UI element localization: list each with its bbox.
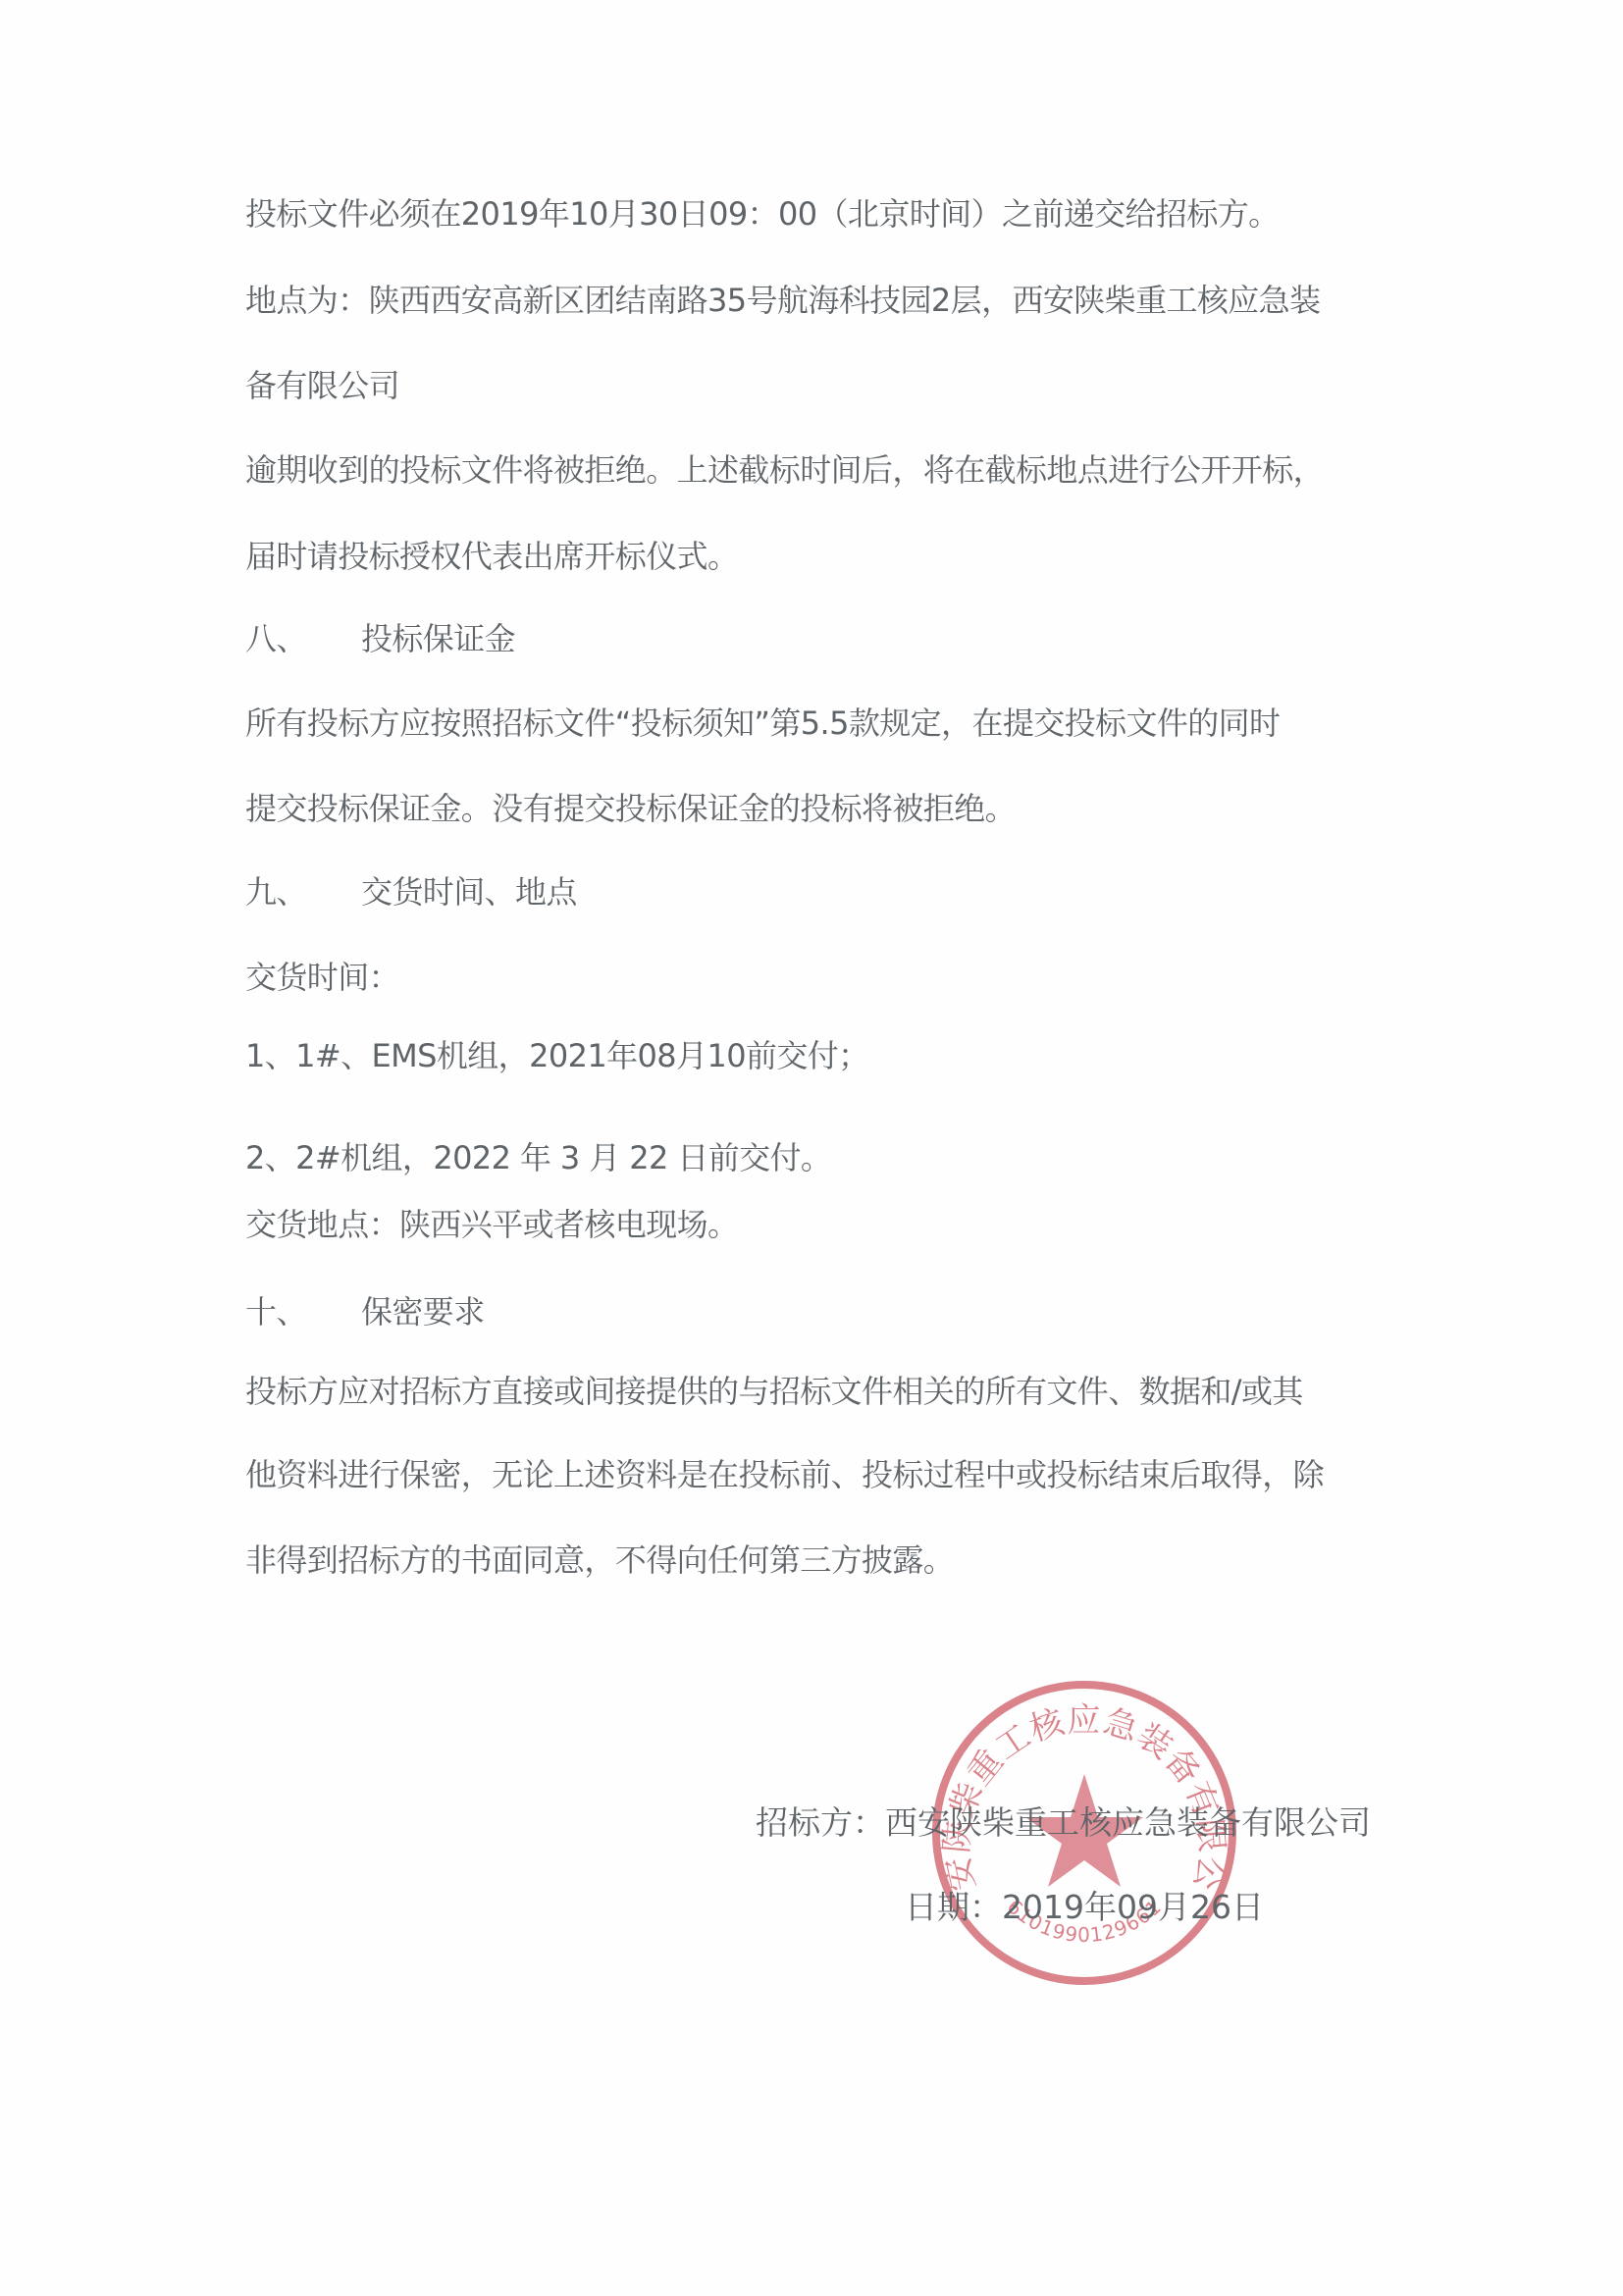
- delivery-item: 1、1#、EMS机组，2021年08月10前交付；: [245, 1036, 869, 1075]
- section-title: 交货时间、地点: [361, 873, 577, 911]
- body-line: 投标文件必须在2019年10月30日09：00（北京时间）之前递交给招标方。: [245, 194, 1280, 234]
- section-title: 投标保证金: [361, 620, 515, 657]
- body-line: 他资料进行保密，无论上述资料是在投标前、投标过程中或投标结束后取得，除: [245, 1455, 1324, 1494]
- body-line: 届时请投标授权代表出席开标仪式。: [245, 537, 738, 576]
- body-line: 投标方应对招标方直接或间接提供的与招标文件相关的所有文件、数据和/或其: [245, 1372, 1303, 1411]
- section-number: 十、: [245, 1292, 361, 1331]
- body-line: 提交投标保证金。没有提交投标保证金的投标将被拒绝。: [245, 789, 1016, 828]
- section-heading-10: 十、保密要求: [245, 1292, 485, 1331]
- section-number: 八、: [245, 619, 361, 658]
- issue-date: 日期：2019年09月26日: [905, 1888, 1264, 1927]
- delivery-item: 2、2#机组，2022 年 3 月 22 日前交付。: [245, 1138, 831, 1177]
- body-line: 地点为：陕西西安高新区团结南路35号航海科技园2层，西安陕柴重工核应急装: [245, 281, 1320, 320]
- body-line: 逾期收到的投标文件将被拒绝。上述截标时间后，将在截标地点进行公开开标，: [245, 450, 1324, 490]
- delivery-place: 交货地点：陕西兴平或者核电现场。: [245, 1205, 738, 1244]
- section-heading-9: 九、交货时间、地点: [245, 872, 577, 912]
- delivery-time-label: 交货时间：: [245, 958, 399, 997]
- section-number: 九、: [245, 872, 361, 912]
- body-line: 非得到招标方的书面同意，不得向任何第三方披露。: [245, 1540, 954, 1580]
- body-line: 所有投标方应按照招标文件“投标须知”第5.5款规定，在提交投标文件的同时: [245, 704, 1280, 743]
- body-line: 备有限公司: [245, 366, 399, 405]
- issuer-signature: 招标方：西安陕柴重工核应急装备有限公司: [756, 1803, 1371, 1843]
- document-page: 投标文件必须在2019年10月30日09：00（北京时间）之前递交给招标方。 地…: [0, 0, 1623, 2296]
- section-heading-8: 八、投标保证金: [245, 619, 515, 658]
- section-title: 保密要求: [361, 1293, 485, 1331]
